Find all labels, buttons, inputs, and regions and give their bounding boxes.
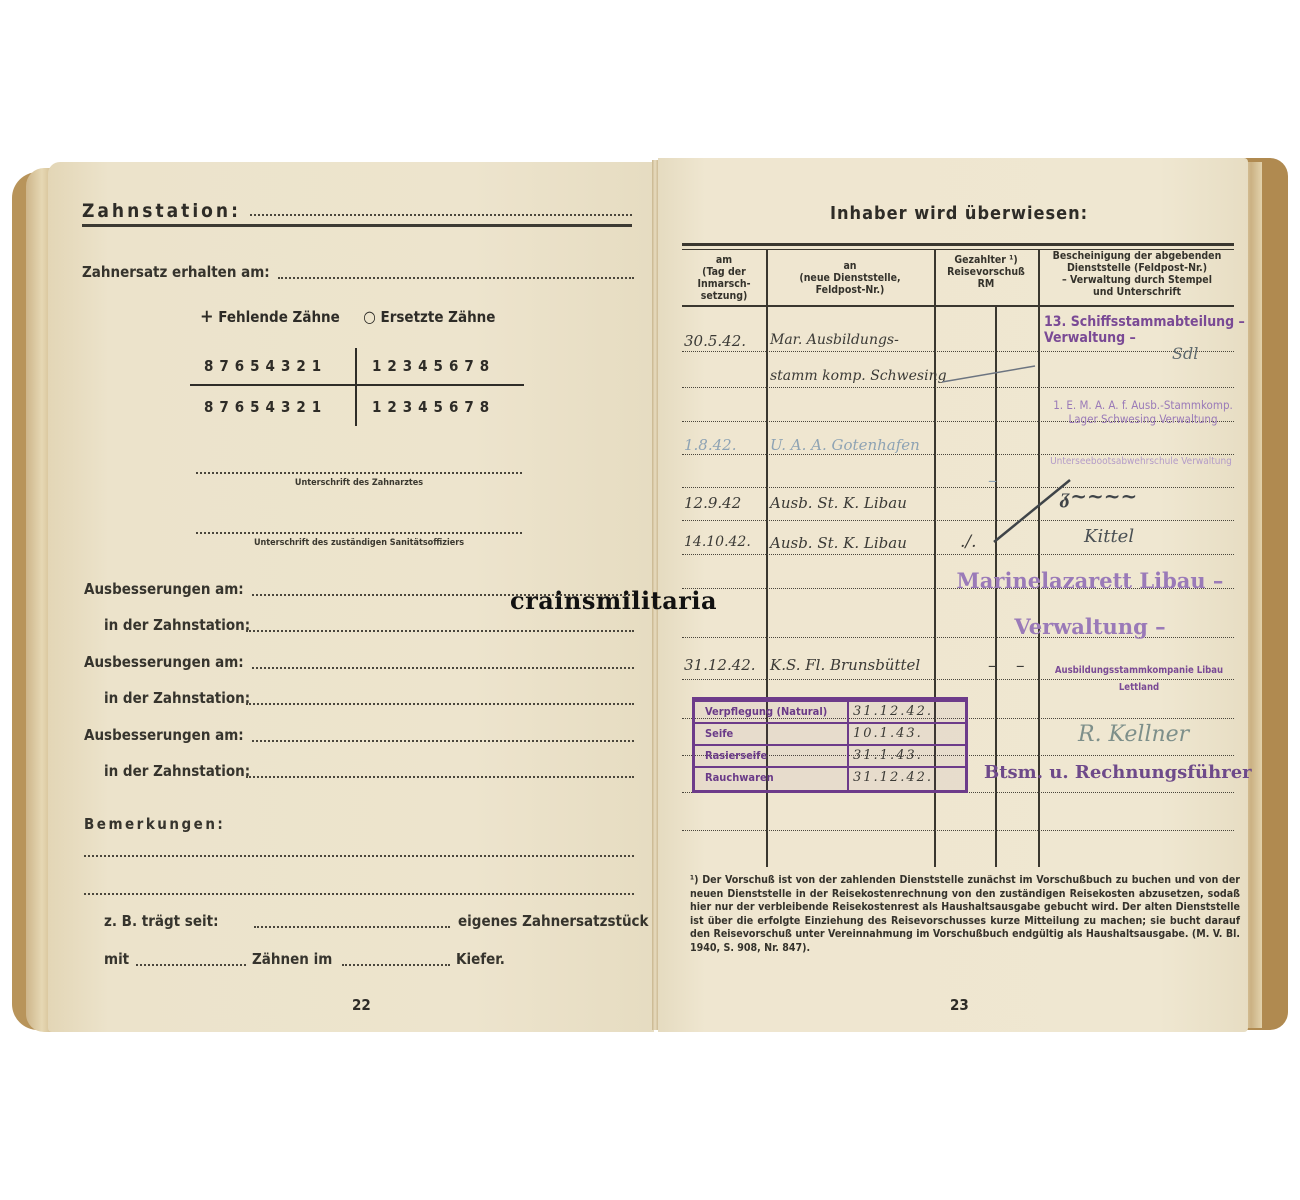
pen-stroke — [940, 360, 1040, 390]
remarks-line-2 — [84, 893, 634, 895]
signature-scrawl: ᵹ~~~~ — [1060, 484, 1137, 509]
circle-icon: ○ — [363, 307, 376, 326]
wears-since-label: z. B. trägt seit: — [104, 912, 218, 930]
station-label-1: in der Zahnstation: — [104, 616, 250, 634]
entry-3-unit: Ausb. St. K. Libau — [770, 494, 907, 512]
station-field-3 — [246, 776, 634, 778]
medical-officer-signature-caption: Unterschrift des zuständigen Sanitätsoff… — [196, 538, 522, 548]
replaced-teeth-label: Ersetzte Zähne — [381, 308, 496, 326]
header-new-unit: an (neue Dienststelle, Feldpost-Nr.) — [768, 260, 932, 296]
repairs-label-3: Ausbesserungen am: — [84, 726, 244, 744]
dentures-received-label: Zahnersatz erhalten am: — [82, 263, 270, 281]
supply-date: 31.1.43. — [853, 748, 923, 763]
entry-5-advance-2: – — [1016, 656, 1025, 676]
supply-date: 31.12.42. — [853, 770, 933, 785]
entry-5-unit: K.S. Fl. Brunsbüttel — [770, 656, 920, 674]
entry-3-date: 12.9.42 — [684, 494, 741, 512]
entry-2-date: 1.8.42. — [684, 436, 736, 454]
tooth-chart-upper-left: 87654321 — [204, 357, 327, 375]
wears-since-field — [254, 926, 450, 928]
tooth-chart-lower-left: 87654321 — [204, 398, 327, 416]
stamp-1-emaa: 1. E. M. A. A. f. Ausb.-Stammkomp. Lager… — [1048, 398, 1238, 426]
supply-label: Rasierseife — [705, 749, 767, 762]
supply-row: Rauchwaren 31.12.42. — [695, 766, 965, 790]
with-label: mit — [104, 950, 129, 968]
entry-1-unit-line1: Mar. Ausbildungs- — [770, 332, 899, 348]
repairs-field-3 — [252, 740, 634, 742]
table-header-rule — [682, 305, 1234, 307]
station-field-2 — [246, 703, 634, 705]
signature-3: R. Kellner — [1078, 722, 1189, 747]
teeth-count-field — [136, 964, 246, 966]
repairs-label-1: Ausbesserungen am: — [84, 580, 244, 598]
dental-station-field — [250, 214, 632, 216]
page-number-right: 23 — [950, 996, 969, 1014]
stamp-ubootabwehrschule: Unterseebootsabwehrschule Verwaltung — [1046, 456, 1236, 467]
entry-4-unit: Ausb. St. K. Libau — [770, 534, 907, 552]
tooth-legend: + Fehlende Zähne ○ Ersetzte Zähne — [200, 306, 495, 327]
tooth-chart-lower-right: 12345678 — [372, 398, 495, 416]
remarks-line-1 — [84, 855, 634, 857]
tooth-chart-horizontal-divider — [190, 384, 524, 386]
entry-4-date: 14.10.42. — [684, 534, 751, 550]
station-label-2: in der Zahnstation: — [104, 689, 250, 707]
supply-row: Rasierseife 31.1.43. — [695, 744, 965, 768]
pen-stroke-diagonal — [990, 470, 1080, 550]
medical-officer-signature-line — [196, 532, 522, 534]
signature-2: Kittel — [1084, 526, 1134, 547]
station-label-3: in der Zahnstation: — [104, 762, 250, 780]
dentures-received-field — [278, 277, 634, 279]
entry-1-unit-line2: stamm komp. Schwesing — [770, 368, 947, 384]
jaw-label: Kiefer. — [456, 950, 505, 968]
footnote: ¹) Der Vorschuß ist von der zahlenden Di… — [690, 874, 1240, 956]
supply-row: Seife 10.1.43. — [695, 722, 965, 746]
supply-date: 31.12.42. — [853, 704, 933, 719]
transfer-title: Inhaber wird überwiesen: — [830, 203, 1088, 224]
watermark: crainsmilitaria — [510, 586, 717, 615]
supply-date: 10.1.43. — [853, 726, 923, 741]
entry-4-advance: ./. — [960, 532, 977, 552]
supply-label: Seife — [705, 727, 733, 740]
page-number-left: 22 — [352, 996, 371, 1014]
tooth-chart-vertical-divider — [355, 348, 357, 426]
missing-teeth-label: Fehlende Zähne — [218, 308, 340, 326]
supply-stamp: Verpflegung (Natural) 31.12.42. Seife 10… — [692, 697, 968, 793]
stamp-paymaster-title: Btsm. u. Rechnungsführer — [984, 762, 1252, 783]
header-travel-advance: Gezahlter ¹) Reisevorschuß RM — [936, 254, 1036, 290]
dental-station-title: Zahnstation: — [82, 200, 241, 222]
title-rule — [82, 224, 632, 227]
entry-5-date: 31.12.42. — [684, 656, 756, 674]
station-field-1 — [246, 630, 634, 632]
entry-1-date: 30.5.42. — [684, 332, 746, 350]
header-certification: Bescheinigung der abgebenden Dienststell… — [1040, 250, 1234, 298]
stamp-marinelazarett-libau: Marinelazarett Libau – Verwaltung – — [940, 558, 1240, 650]
supply-label: Verpflegung (Natural) — [705, 705, 827, 718]
tooth-chart-upper-right: 12345678 — [372, 357, 495, 375]
supply-label: Rauchwaren — [705, 771, 774, 784]
stamp-13-schiffsstammabteilung: 13. Schiffsstammabteilung – Verwaltung – — [1044, 314, 1300, 346]
supply-row: Verpflegung (Natural) 31.12.42. — [695, 700, 965, 724]
jaw-field — [342, 964, 450, 966]
teeth-in-label: Zähnen im — [252, 950, 332, 968]
entry-5-advance-1: – — [988, 656, 997, 676]
remarks-label: Bemerkungen: — [84, 815, 225, 833]
own-denture-label: eigenes Zahnersatzstück — [458, 912, 649, 930]
header-date: am (Tag der Inmarsch- setzung) — [683, 254, 765, 302]
dentist-signature-line — [196, 472, 522, 474]
repairs-label-2: Ausbesserungen am: — [84, 653, 244, 671]
table-top-rule — [682, 243, 1234, 246]
plus-icon: + — [200, 306, 214, 327]
signature-1: Sdl — [1172, 344, 1198, 363]
repairs-field-2 — [252, 667, 634, 669]
entry-2-unit: U. A. A. Gotenhafen — [770, 436, 920, 454]
dentist-signature-caption: Unterschrift des Zahnarztes — [196, 478, 522, 488]
stamp-ausbildungsstammkompanie: Ausbildungsstammkompanie Libau Lettland — [1046, 662, 1232, 696]
